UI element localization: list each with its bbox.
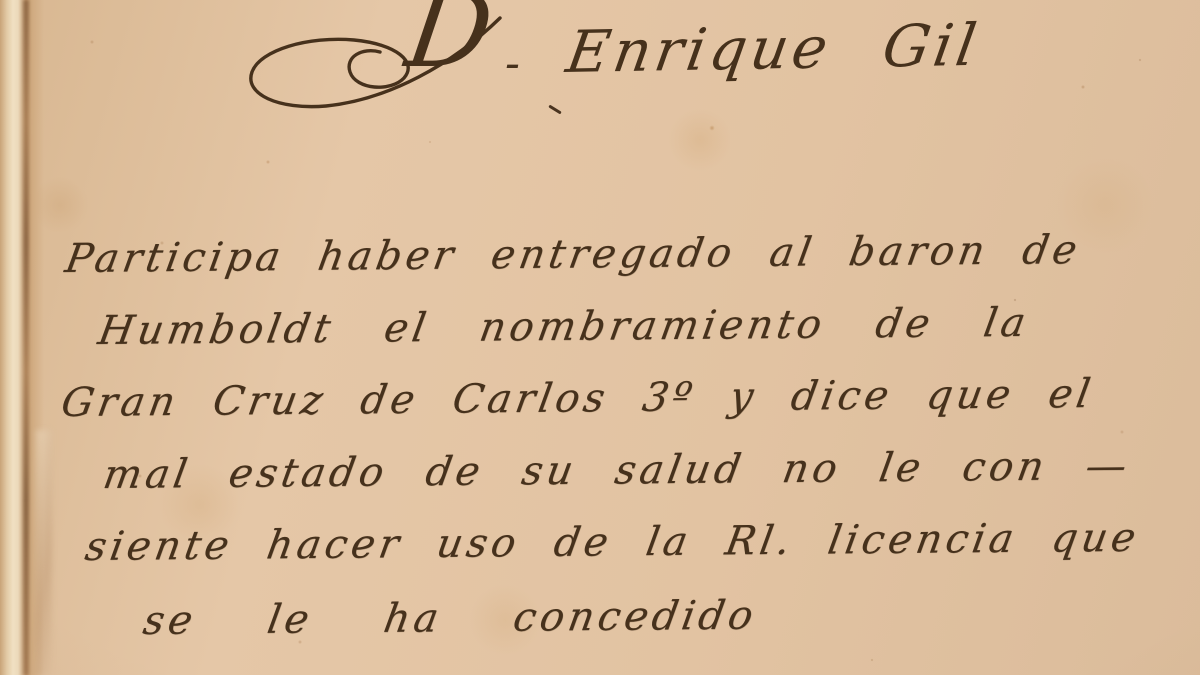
handwritten-line: Humboldt el nombramiento de la — [95, 300, 1033, 354]
paper-crease-line — [23, 0, 29, 675]
heading-separator: - — [505, 38, 520, 89]
handwritten-line: se le ha concedido — [140, 593, 760, 644]
handwritten-line: siente hacer uso de la Rl. licencia que — [82, 515, 1143, 570]
heading-name: Enrique Gil — [562, 11, 985, 86]
handwritten-line: Gran Cruz de Carlos 3º y dice que el — [58, 371, 1097, 426]
heading-initial: D — [401, 0, 499, 82]
manuscript-page: D - Enrique Gil Participa haber entregad… — [0, 0, 1200, 675]
handwritten-line: Participa haber entregado al baron de — [62, 227, 1084, 282]
handwritten-line: mal estado de su salud no le con — — [100, 443, 1134, 498]
paper-wrinkle — [36, 430, 52, 675]
document-heading: D - Enrique Gil — [250, 0, 1070, 130]
